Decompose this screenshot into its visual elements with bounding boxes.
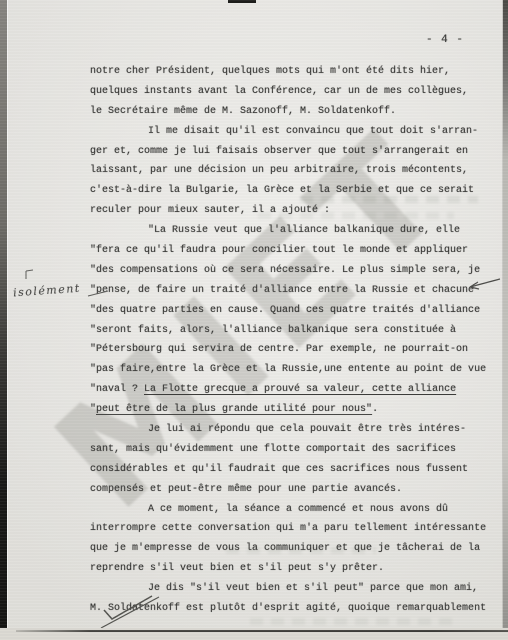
document-line: notre cher Président, quelques mots qui … bbox=[90, 62, 500, 82]
document-body: notre cher Président, quelques mots qui … bbox=[90, 62, 500, 619]
document-line: "des compensations où ce sera nécessaire… bbox=[90, 261, 500, 281]
document-line: "seront faits, alors, l'alliance balkani… bbox=[90, 321, 500, 341]
document-line: le Secrétaire même de M. Sazonoff, M. So… bbox=[90, 102, 500, 122]
document-line: considérables et qu'il faudrait que ces … bbox=[90, 460, 500, 480]
text-segment: interrompre cette conversation qui m'a p… bbox=[90, 523, 486, 534]
scan-edge-rule bbox=[16, 630, 508, 632]
document-line: Il me disait qu'il est convaincu que tou… bbox=[90, 122, 500, 142]
document-line: Je lui ai répondu que cela pouvait être … bbox=[90, 420, 500, 440]
text-segment: "fera ce qu'il faudra pour concilier tou… bbox=[90, 245, 468, 256]
document-line: "des quatre parties en cause. Quand ces … bbox=[90, 301, 500, 321]
text-segment: que je m'empresse de vous la communiquer… bbox=[90, 543, 480, 554]
text-segment: compensés et peut-être même pour une par… bbox=[90, 484, 402, 495]
text-segment: ger et, comme je lui faisais observer qu… bbox=[90, 146, 468, 157]
document-line: reculer pour mieux sauter, il a ajouté : bbox=[90, 201, 500, 221]
text-segment: Je dis "s'il veut bien et s'il peut" par… bbox=[148, 583, 478, 594]
scan-artifact-top bbox=[228, 0, 256, 3]
document-line: reprendre s'il veut bien et s'il peut s'… bbox=[90, 559, 500, 579]
caret-mark bbox=[26, 270, 33, 279]
text-segment: A ce moment, la séance a commencé et nou… bbox=[148, 504, 448, 515]
text-segment: "Pétersbourg qui servira de centre. Par … bbox=[90, 344, 468, 355]
text-segment: Il me disait qu'il est convaincu que tou… bbox=[148, 126, 478, 137]
text-segment: notre cher Président, quelques mots qui … bbox=[90, 66, 450, 77]
document-line: "La Russie veut que l'alliance balkaniqu… bbox=[90, 221, 500, 241]
bleed-through-artifact bbox=[250, 618, 460, 625]
text-segment: sant, mais qu'évidemment une flotte comp… bbox=[90, 444, 456, 455]
document-line: "pas faire,entre la Grèce et la Russie,u… bbox=[90, 360, 500, 380]
text-segment: laissant, par une décision un peu arbitr… bbox=[90, 165, 468, 176]
text-segment: . bbox=[372, 404, 378, 415]
underlined-text: peut être de la plus grande utilité pour… bbox=[96, 404, 372, 415]
text-segment: quelques instants avant la Conférence, c… bbox=[90, 86, 468, 97]
document-line: c'est-à-dire la Bulgarie, la Grèce et la… bbox=[90, 181, 500, 201]
text-segment: "des compensations où ce sera nécessaire… bbox=[90, 265, 480, 276]
document-line: M. Soldatenkoff est plutôt d'esprit agit… bbox=[90, 599, 500, 619]
scan-edge-bottom bbox=[0, 628, 508, 640]
page-number: - 4 - bbox=[426, 34, 464, 46]
text-segment: considérables et qu'il faudrait que ces … bbox=[90, 464, 468, 475]
text-segment: M. Soldatenkoff est plutôt d'esprit agit… bbox=[90, 603, 486, 614]
document-line: "pense, de faire un traité d'alliance en… bbox=[90, 281, 500, 301]
document-line: "Pétersbourg qui servira de centre. Par … bbox=[90, 340, 500, 360]
scan-edge-right bbox=[503, 0, 508, 640]
text-segment: "La Russie veut que l'alliance balkaniqu… bbox=[148, 225, 460, 236]
text-segment: "pas faire,entre la Grèce et la Russie,u… bbox=[90, 364, 486, 375]
document-line: "peut être de la plus grande utilité pou… bbox=[90, 400, 500, 420]
text-segment: le Secrétaire même de M. Sazonoff, M. So… bbox=[90, 106, 396, 117]
text-segment: Je lui ai répondu que cela pouvait être … bbox=[148, 424, 466, 435]
document-line: "fera ce qu'il faudra pour concilier tou… bbox=[90, 241, 500, 261]
margin-handwritten-note: isolément bbox=[13, 282, 82, 300]
text-segment: c'est-à-dire la Bulgarie, la Grèce et la… bbox=[90, 185, 474, 196]
text-segment: reculer pour mieux sauter, il a ajouté : bbox=[90, 205, 330, 216]
document-line: quelques instants avant la Conférence, c… bbox=[90, 82, 500, 102]
document-line: A ce moment, la séance a commencé et nou… bbox=[90, 500, 500, 520]
document-line: Je dis "s'il veut bien et s'il peut" par… bbox=[90, 579, 500, 599]
document-line: ger et, comme je lui faisais observer qu… bbox=[90, 142, 500, 162]
text-segment: "des quatre parties en cause. Quand ces … bbox=[90, 305, 480, 316]
text-segment: "naval ? bbox=[90, 384, 144, 395]
document-line: laissant, par une décision un peu arbitr… bbox=[90, 161, 500, 181]
document-line: interrompre cette conversation qui m'a p… bbox=[90, 519, 500, 539]
underlined-text: La Flotte grecque a prouvé sa valeur, ce… bbox=[144, 384, 456, 395]
document-line: que je m'empresse de vous la communiquer… bbox=[90, 539, 500, 559]
document-line: compensés et peut-être même pour une par… bbox=[90, 480, 500, 500]
text-segment: reprendre s'il veut bien et s'il peut s'… bbox=[90, 563, 384, 574]
scanned-document-page: MIET - 4 - notre cher Président, quelque… bbox=[0, 0, 508, 640]
text-segment: "pense, de faire un traité d'alliance en… bbox=[90, 285, 474, 296]
document-line: "naval ? La Flotte grecque a prouvé sa v… bbox=[90, 380, 500, 400]
text-segment: "seront faits, alors, l'alliance balkani… bbox=[90, 325, 456, 336]
document-line: sant, mais qu'évidemment une flotte comp… bbox=[90, 440, 500, 460]
scan-edge-left bbox=[0, 0, 7, 640]
